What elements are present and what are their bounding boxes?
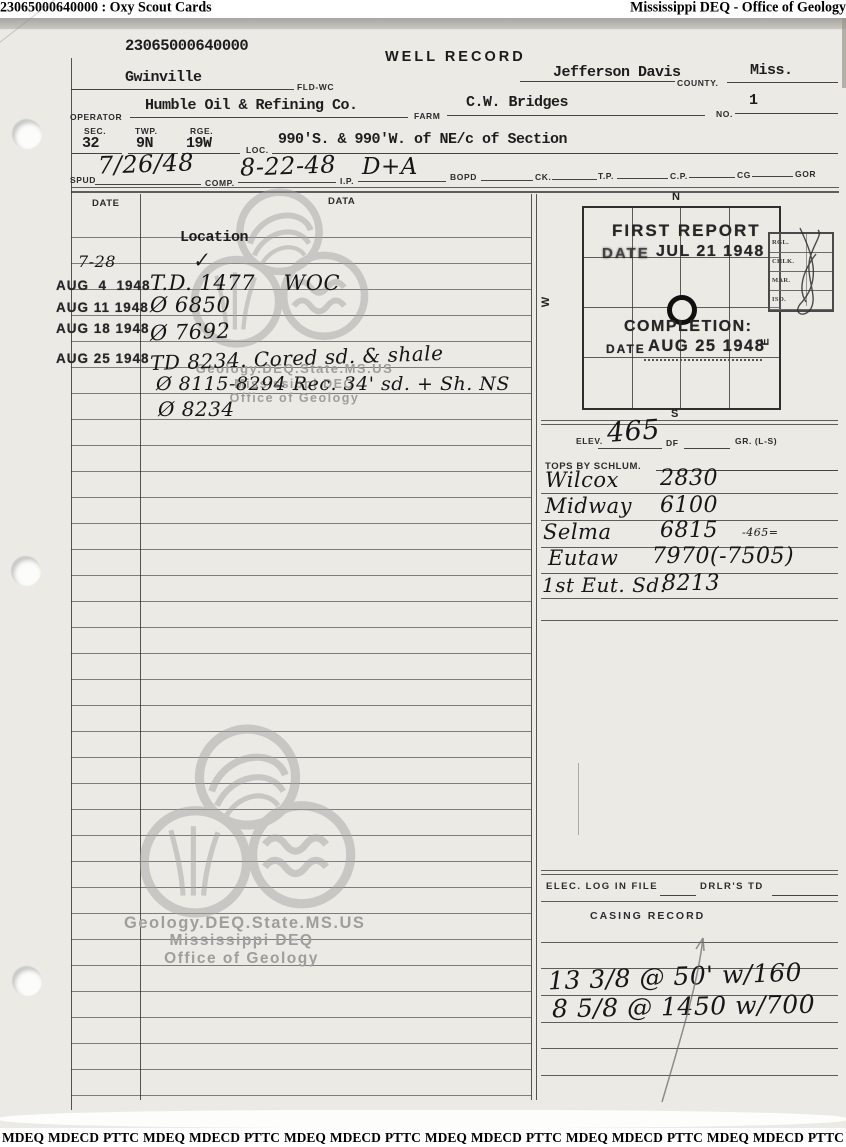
ip-value: D+A <box>362 154 418 180</box>
ck-label: CK. <box>535 172 551 182</box>
divider <box>541 870 838 871</box>
field-label: FLD-WC <box>297 82 334 92</box>
spud-label: SPUD <box>70 175 96 185</box>
footer-item: MDEQ <box>284 1130 326 1146</box>
underline <box>644 359 762 361</box>
log-entry-data: Location <box>180 229 248 246</box>
underline <box>617 178 668 179</box>
hole-punch <box>12 557 41 586</box>
footer-item: MDEQ <box>566 1130 608 1146</box>
top-row-name: 1st Eut. Sd. <box>542 573 666 597</box>
double-divider <box>536 194 537 1100</box>
footer-item: MDEQ <box>707 1130 749 1146</box>
scanned-card: 23065000640000 WELL RECORD Gwinville FLD… <box>0 18 846 1128</box>
df-label: DF <box>666 438 679 448</box>
underline <box>481 180 533 181</box>
compass-west: W <box>540 297 552 307</box>
top-row-depth: 8213 <box>662 571 720 596</box>
api-number: 23065000640000 <box>125 37 248 55</box>
cp-label: C.P. <box>670 171 688 181</box>
watermark-line1: Geology.DEQ.State.MS.US <box>124 914 359 932</box>
divider <box>541 420 838 421</box>
elec-log-label: ELEC. LOG IN FILE <box>546 881 658 892</box>
top-row-name: Wilcox <box>545 468 619 492</box>
farm-value: C.W. Bridges <box>466 94 568 111</box>
loc-value: 990'S. & 990'W. of NE/c of Section <box>278 131 567 148</box>
footer-item: MDECD <box>189 1130 240 1146</box>
underline <box>238 182 336 183</box>
county-value: Jefferson Davis <box>553 64 681 81</box>
pencil-mark <box>578 763 579 835</box>
page-title: WELL RECORD <box>385 49 526 65</box>
footer-item: PTTC <box>667 1130 703 1146</box>
handwritten-scribble <box>772 224 842 324</box>
drlrs-td-label: DRLR'S TD <box>700 881 764 892</box>
bopd-label: BOPD <box>450 172 477 182</box>
footer-item: PTTC <box>808 1130 844 1146</box>
underline <box>752 176 793 177</box>
log-entry-data: Ø 8234 <box>158 397 235 421</box>
footer-item: MDEQ <box>425 1130 467 1146</box>
divider <box>541 901 838 902</box>
gor-label: GOR <box>795 169 816 179</box>
viewer-header: 23065000640000 : Oxy Scout Cards Mississ… <box>0 0 846 18</box>
footer-item: MDECD <box>753 1130 804 1146</box>
footer-item: MDECD <box>48 1130 99 1146</box>
pencil-arrow <box>640 930 720 1110</box>
first-report-date-label: DATE <box>602 245 650 262</box>
footer-item: PTTC <box>103 1130 139 1146</box>
log-entry-date: AUG 11 1948 <box>56 300 149 315</box>
hole-punch <box>13 120 42 149</box>
underline <box>71 89 294 90</box>
top-row-depth: 6815 <box>660 518 718 543</box>
sec-value: 32 <box>82 135 99 152</box>
top-row-name: Eutaw <box>548 546 618 570</box>
header-right-title: Mississippi DEQ - Office of Geology <box>630 0 846 17</box>
state-value: Miss. <box>750 62 793 79</box>
well-record-page: 23065000640000 : Oxy Scout Cards Mississ… <box>0 0 846 1147</box>
casing-record-title: CASING RECORD <box>590 910 705 922</box>
county-label: COUNTY. <box>677 78 719 88</box>
scan-top-edge <box>0 18 846 29</box>
divider <box>541 424 838 425</box>
tp-label: T.P. <box>598 171 614 181</box>
log-entry-data: Ø 6850 <box>150 293 230 317</box>
top-row-name: Selma <box>543 520 611 544</box>
date-column-header: DATE <box>92 198 120 209</box>
footer-item: PTTC <box>244 1130 280 1146</box>
log-entry-data: T.D. 1477 WOC <box>150 271 340 295</box>
footer-item: MDEQ <box>143 1130 185 1146</box>
top-row-depth: 2830 <box>660 466 718 491</box>
log-entry-date: 7-28 <box>78 252 116 271</box>
viewer-footer: MDEQ MDECD PTTC MDEQ MDECD PTTC MDEQ MDE… <box>0 1128 846 1147</box>
top-row-depth: 7970(-7505) <box>652 544 794 569</box>
card-left-edge <box>71 58 72 1110</box>
log-entry-data: Ø 8115-8294 Rec. 34' sd. + Sh. NS <box>156 373 510 395</box>
underline <box>772 895 838 896</box>
field-value: Gwinville <box>125 69 202 86</box>
footer-item: PTTC <box>526 1130 562 1146</box>
log-entry-date: AUG 4 1948 <box>56 278 151 293</box>
header-left-title: 23065000640000 : Oxy Scout Cards <box>0 0 212 17</box>
underline <box>684 448 730 449</box>
first-report-date: JUL 21 1948 <box>656 243 765 261</box>
footer-item: MDECD <box>330 1130 381 1146</box>
underline <box>95 184 201 185</box>
first-report-stamp: FIRST REPORT <box>612 221 761 241</box>
operator-value: Humble Oil & Refining Co. <box>145 97 358 114</box>
section-plat: FIRST REPORT DATE JUL 21 1948 COMPLETION… <box>582 206 781 410</box>
top-row-name: Midway <box>545 494 632 518</box>
ip-label: I.P. <box>340 176 354 186</box>
watermark-text: Geology.DEQ.State.MS.US Mississippi DEQ … <box>124 914 359 967</box>
compass-north: N <box>672 191 680 203</box>
footer-item: MDECD <box>471 1130 522 1146</box>
comp-value: 8-22-48 <box>240 150 337 181</box>
footer-item: MDEQ <box>2 1130 44 1146</box>
log-entry-data: Ø 7692 <box>150 319 231 346</box>
log-entry-date: AUG 25 1948 <box>56 351 150 366</box>
double-divider <box>531 194 532 1100</box>
top-row-depth: 6100 <box>660 493 718 518</box>
underline <box>358 181 446 182</box>
operator-label: OPERATOR <box>70 112 122 122</box>
hole-punch <box>13 967 42 996</box>
cg-label: CG <box>737 170 751 180</box>
log-entry-data: ✓ <box>190 247 210 273</box>
underline <box>130 117 408 118</box>
divider <box>541 874 838 875</box>
no-label: NO. <box>716 109 733 119</box>
elev-label: ELEV. <box>576 436 603 446</box>
underline <box>735 113 838 114</box>
scan-right-edge <box>842 18 846 88</box>
underline <box>689 177 735 178</box>
compass-east: E <box>760 338 772 345</box>
completion-stamp: COMPLETION: <box>624 318 753 336</box>
underline <box>520 81 675 82</box>
tops-rule <box>541 598 838 599</box>
underline <box>727 82 838 83</box>
mdeq-watermark-logo <box>130 722 365 920</box>
elev-value: 465 <box>606 414 661 449</box>
top-row-note: -465= <box>742 526 778 539</box>
log-entry-date: AUG 18 1948 <box>56 321 150 336</box>
footer-item: PTTC <box>385 1130 421 1146</box>
underline <box>660 895 696 896</box>
underline <box>598 448 662 449</box>
underline <box>447 115 705 116</box>
scan-bottom-edge <box>0 1110 846 1128</box>
no-value: 1 <box>749 92 758 109</box>
tops-rule <box>541 620 838 621</box>
watermark-line3: Office of Geology <box>124 950 359 967</box>
footer-item: MDECD <box>612 1130 663 1146</box>
completion-date: AUG 25 1948 <box>648 337 765 356</box>
completion-date-label: DATE <box>606 342 646 356</box>
underline <box>272 153 838 154</box>
watermark-line2: Mississippi DEQ <box>124 932 359 949</box>
gr-label: GR. (L-S) <box>735 436 777 446</box>
compass-south: S <box>671 408 678 420</box>
spud-value: 7/26/48 <box>98 148 195 179</box>
farm-label: FARM <box>414 111 440 121</box>
underline <box>552 179 597 180</box>
